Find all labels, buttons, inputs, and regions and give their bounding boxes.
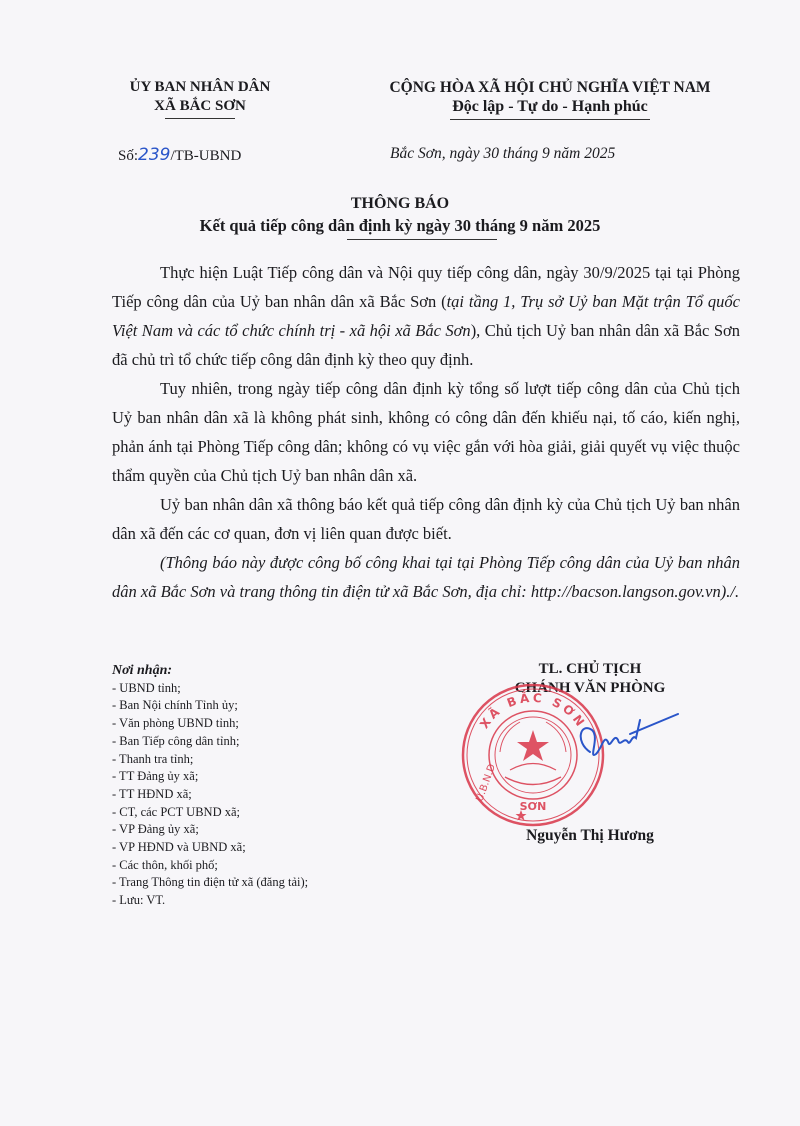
title-subtitle: Kết quả tiếp công dân định kỳ ngày 30 th… <box>0 215 800 237</box>
number-handwritten: 239 <box>138 145 170 165</box>
list-item: - Các thôn, khối phố; <box>112 857 412 875</box>
recipients-list: - UBND tỉnh; - Ban Nội chính Tỉnh ủy; - … <box>112 680 412 910</box>
list-item: - Thanh tra tỉnh; <box>112 751 412 769</box>
recipients-heading: Nơi nhận: <box>112 662 412 680</box>
list-item: - Ban Nội chính Tỉnh ủy; <box>112 697 412 715</box>
handwritten-signature-icon <box>570 712 680 772</box>
svg-text:SƠN: SƠN <box>520 800 547 813</box>
list-item: - TT Đảng ủy xã; <box>112 768 412 786</box>
list-item: - UBND tỉnh; <box>112 680 412 698</box>
list-item: - VP HĐND và UBND xã; <box>112 839 412 857</box>
title-main: THÔNG BÁO <box>0 193 800 215</box>
p4-text-italic: (Thông báo này được công bố công khai tạ… <box>112 553 740 601</box>
issuing-agency: ỦY BAN NHÂN DÂN XÃ BẮC SƠN <box>100 78 300 119</box>
agency-line-2: XÃ BẮC SƠN <box>100 97 300 116</box>
number-prefix: Số: <box>118 148 138 164</box>
number-suffix: /TB-UBND <box>170 148 241 164</box>
list-item: - Trang Thông tin điện tử xã (đăng tải); <box>112 874 412 892</box>
document-number: Số:239/TB-UBND <box>118 145 241 165</box>
agency-line-1: ỦY BAN NHÂN DÂN <box>100 78 300 97</box>
document-title: THÔNG BÁO Kết quả tiếp công dân định kỳ … <box>0 193 800 240</box>
motto-underline <box>450 119 650 120</box>
paragraph-3: Uỷ ban nhân dân xã thông báo kết quả tiế… <box>112 490 740 548</box>
title-underline <box>347 239 497 240</box>
list-item: - CT, các PCT UBND xã; <box>112 804 412 822</box>
paragraph-1: Thực hiện Luật Tiếp công dân và Nội quy … <box>112 258 740 374</box>
list-item: - VP Đảng ủy xã; <box>112 821 412 839</box>
motto: Độc lập - Tự do - Hạnh phúc <box>340 97 760 116</box>
nation-name: CỘNG HÒA XÃ HỘI CHỦ NGHĨA VIỆT NAM <box>340 78 760 97</box>
list-item: - Ban Tiếp công dân tỉnh; <box>112 733 412 751</box>
list-item: - TT HĐND xã; <box>112 786 412 804</box>
place-date: Bắc Sơn, ngày 30 tháng 9 năm 2025 <box>390 145 710 163</box>
signer-name: Nguyễn Thị Hương <box>480 827 700 845</box>
paragraph-4: (Thông báo này được công bố công khai tạ… <box>112 548 740 606</box>
document-page: ỦY BAN NHÂN DÂN XÃ BẮC SƠN CỘNG HÒA XÃ H… <box>0 0 800 1126</box>
agency-underline <box>165 118 235 119</box>
document-body: Thực hiện Luật Tiếp công dân và Nội quy … <box>112 258 740 606</box>
recipients-block: Nơi nhận: - UBND tỉnh; - Ban Nội chính T… <box>112 662 412 910</box>
list-item: - Lưu: VT. <box>112 892 412 910</box>
national-header: CỘNG HÒA XÃ HỘI CHỦ NGHĨA VIỆT NAM Độc l… <box>340 78 760 120</box>
sign-line-1: TL. CHỦ TỊCH <box>480 660 700 679</box>
paragraph-2: Tuy nhiên, trong ngày tiếp công dân định… <box>112 374 740 490</box>
list-item: - Văn phòng UBND tỉnh; <box>112 715 412 733</box>
svg-text:U.B.N.D: U.B.N.D <box>474 762 498 803</box>
